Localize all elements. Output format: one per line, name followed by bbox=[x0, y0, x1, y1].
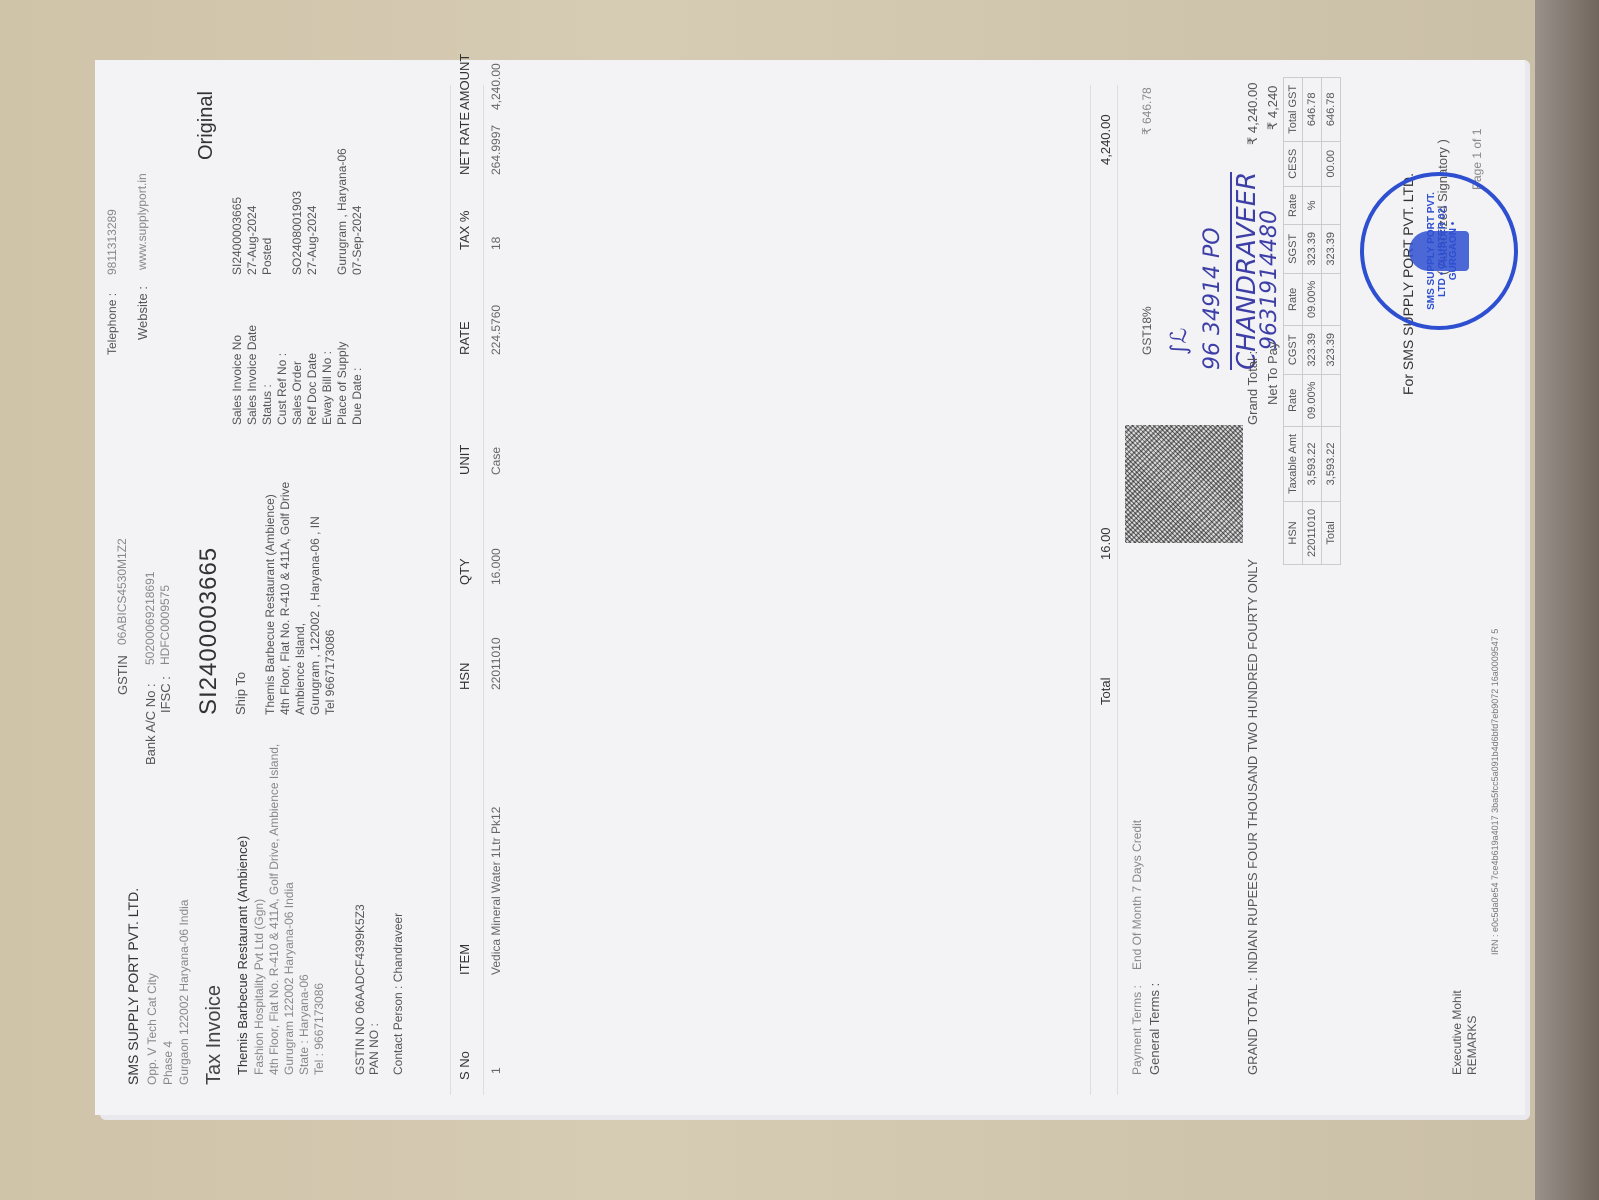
table-cell: Case bbox=[489, 447, 503, 475]
table-cell: 16.000 bbox=[489, 548, 503, 585]
stamp-text: SMS SUPPLY PORT PVT. LTD • CLUSTER 02, G… bbox=[1426, 182, 1459, 320]
column-header: AMOUNT bbox=[457, 54, 472, 110]
general-terms-label: General Terms : bbox=[1147, 983, 1162, 1075]
gst-summary-table: HSNTaxable AmtRateCGSTRateSGSTRateCESSTo… bbox=[1283, 77, 1341, 565]
gst-cell: Total bbox=[1322, 501, 1341, 564]
table-cell: 4,240.00 bbox=[489, 63, 503, 110]
gst-header: SGST bbox=[1284, 225, 1303, 274]
meta-row: Due Date :07-Sep-2024 bbox=[350, 206, 364, 425]
grand-total-value: ₹ 4,240.00 bbox=[1245, 83, 1261, 146]
gst-header: Rate bbox=[1284, 186, 1303, 224]
table-cell: 22011010 bbox=[489, 638, 503, 691]
bill-to-state: State : Haryana-06 bbox=[297, 974, 311, 1075]
meta-row: Cust Ref No : bbox=[275, 275, 289, 425]
bank-value: 50200069218691 bbox=[143, 572, 157, 665]
gst-cell: 323.39 bbox=[1303, 325, 1322, 374]
divider bbox=[1090, 85, 1091, 1095]
ship-to-label: Ship To bbox=[233, 672, 248, 715]
meta-row: Sales OrderSO2408001903 bbox=[290, 191, 304, 425]
telephone-value: 9811313289 bbox=[105, 209, 119, 275]
meta-row: Sales Invoice Date27-Aug-2024 bbox=[245, 206, 259, 425]
bill-to-line: 4th Floor, Flat No. R-410 & 411A, Golf D… bbox=[267, 744, 281, 1075]
column-header: QTY bbox=[457, 558, 472, 585]
payment-terms-value: End Of Month 7 Days Credit bbox=[1130, 820, 1144, 970]
gst-cell: % bbox=[1303, 186, 1322, 224]
gst-amount: ₹ 646.78 bbox=[1140, 87, 1154, 135]
meta-value: 27-Aug-2024 bbox=[245, 206, 259, 275]
gst-cell bbox=[1303, 141, 1322, 186]
meta-value: 07-Sep-2024 bbox=[350, 206, 364, 275]
bill-to-line: Gurugram 122002 Haryana-06 India bbox=[282, 882, 296, 1075]
meta-label: Place of Supply bbox=[335, 275, 349, 425]
divider bbox=[450, 85, 451, 1095]
meta-value: SO2408001903 bbox=[290, 191, 304, 275]
gst-cell bbox=[1322, 186, 1341, 224]
meta-row: Sales Invoice NoSI2400003665 bbox=[230, 197, 244, 425]
column-header: RATE bbox=[457, 321, 472, 355]
supplier-address-2: Phase 4 bbox=[161, 1041, 175, 1085]
gst-cell: 323.39 bbox=[1322, 225, 1341, 274]
gst-header: Total GST bbox=[1284, 77, 1303, 141]
gst-cell: 323.39 bbox=[1303, 225, 1322, 274]
meta-value: 27-Aug-2024 bbox=[305, 206, 319, 275]
handwritten-signature: ∫ℒ bbox=[1167, 328, 1192, 355]
gst-cell: 323.39 bbox=[1322, 325, 1341, 374]
gst-label: GST18% bbox=[1140, 306, 1154, 355]
bill-to-pan: PAN NO : bbox=[367, 1023, 381, 1075]
meta-row: Place of SupplyGurugram , Haryana-06 bbox=[335, 148, 349, 425]
meta-row: Ref Doc Date27-Aug-2024 bbox=[305, 206, 319, 425]
ship-to-tel: Tel 9667173086 bbox=[323, 630, 337, 715]
column-header: HSN bbox=[457, 663, 472, 690]
column-header: UNIT bbox=[457, 445, 472, 475]
bill-to-contact: Contact Person : Chandraveer bbox=[391, 913, 405, 1075]
meta-row: Status :Posted bbox=[260, 238, 274, 425]
meta-value: SI2400003665 bbox=[230, 197, 244, 275]
gst-cell: 3,593.22 bbox=[1303, 426, 1322, 501]
remarks-label: REMARKS bbox=[1465, 1016, 1479, 1075]
gst-header: CESS bbox=[1284, 141, 1303, 186]
gst-header: HSN bbox=[1284, 501, 1303, 564]
qr-code bbox=[1125, 425, 1243, 543]
meta-label: Cust Ref No : bbox=[275, 275, 289, 425]
ship-to-line: Ambience Island, bbox=[293, 623, 307, 715]
total-label: Total bbox=[1098, 678, 1113, 705]
ship-to-name: Themis Barbecue Restaurant (Ambience) bbox=[263, 494, 277, 715]
amount-in-words: GRAND TOTAL : INDIAN RUPEES FOUR THOUSAN… bbox=[1245, 559, 1260, 1075]
gst-header: Rate bbox=[1284, 374, 1303, 426]
ship-to-line: Gurugram , 122002 , Haryana-06 , IN bbox=[308, 516, 322, 715]
net-to-pay-label: Net To Pay bbox=[1265, 342, 1280, 405]
bill-to-line: Fashion Hospitality Pvt Ltd (Ggn) bbox=[252, 899, 266, 1075]
ship-to-line: 4th Floor, Flat No. R-410 & 411A, Golf D… bbox=[278, 482, 292, 715]
meta-label: Ref Doc Date bbox=[305, 275, 319, 425]
website-label: Website : bbox=[135, 286, 150, 340]
bill-to-name: Themis Barbecue Restaurant (Ambience) bbox=[235, 836, 250, 1075]
meta-label: Eway Bill No : bbox=[320, 275, 334, 425]
payment-terms-label: Payment Terms : bbox=[1130, 985, 1144, 1075]
column-header: S No bbox=[457, 1051, 472, 1080]
gstin-value: 06ABICS4530M1Z2 bbox=[115, 538, 129, 645]
gst-row: Total3,593.22323.39323.3900.00646.78 bbox=[1322, 77, 1341, 564]
meta-value: Gurugram , Haryana-06 bbox=[335, 148, 349, 275]
meta-label: Sales Invoice Date bbox=[245, 275, 259, 425]
gst-header: CGST bbox=[1284, 325, 1303, 374]
column-header: ITEM bbox=[457, 944, 472, 975]
supplier-name: SMS SUPPLY PORT PVT. LTD. bbox=[125, 888, 141, 1085]
supplier-address-3: Gurgaon 122002 Haryana-06 India bbox=[177, 900, 191, 1085]
handwritten-number-1: 96 34914 PO bbox=[1200, 227, 1225, 370]
invoice-page: SMS SUPPLY PORT PVT. LTD. Opp. V Tech Ca… bbox=[95, 60, 1525, 1115]
background-edge bbox=[1535, 0, 1599, 1200]
net-to-pay-value: ₹ 4,240 bbox=[1265, 86, 1281, 130]
irn: IRN : e0c5da0e54 7ce4b619a4017 3ba5fcc5a… bbox=[1490, 629, 1500, 955]
copy-type: Original bbox=[195, 91, 218, 160]
gstin-label: GSTIN bbox=[115, 655, 130, 695]
divider bbox=[483, 85, 484, 1095]
bank-label: Bank A/C No : bbox=[143, 683, 158, 765]
gst-header: Taxable Amt bbox=[1284, 426, 1303, 501]
meta-value: Posted bbox=[260, 238, 274, 275]
telephone-label: Telephone : bbox=[105, 293, 119, 355]
table-cell: 1 bbox=[489, 1067, 503, 1074]
ifsc-value: HDFC0009575 bbox=[158, 585, 172, 665]
handwritten-number-2: 9631914480 bbox=[1257, 210, 1282, 350]
divider bbox=[1117, 85, 1118, 1095]
gst-row: 220110103,593.2209.00%323.3909.00%323.39… bbox=[1303, 77, 1322, 564]
bill-to-gstin: GSTIN NO 06AADCF4399K5Z3 bbox=[353, 904, 367, 1075]
meta-label: Status : bbox=[260, 275, 274, 425]
gst-cell: 09.00% bbox=[1303, 374, 1322, 426]
meta-row: Eway Bill No : bbox=[320, 275, 334, 425]
total-amount: 4,240.00 bbox=[1098, 114, 1113, 165]
website-value: www.supplyport.in bbox=[135, 173, 149, 270]
table-cell: Vedica Mineral Water 1Ltr Pk12 bbox=[489, 807, 503, 975]
meta-label: Due Date : bbox=[350, 275, 364, 425]
table-cell: 18 bbox=[489, 237, 503, 250]
meta-label: Sales Order bbox=[290, 275, 304, 425]
gst-cell bbox=[1322, 374, 1341, 426]
gst-cell: 646.78 bbox=[1322, 77, 1341, 141]
gst-cell: 22011010 bbox=[1303, 501, 1322, 564]
meta-label: Sales Invoice No bbox=[230, 275, 244, 425]
column-header: TAX % bbox=[457, 211, 472, 251]
grand-total-label: Grand Total : bbox=[1245, 351, 1260, 425]
total-qty: 16.00 bbox=[1098, 527, 1113, 560]
gst-cell: 3,593.22 bbox=[1322, 426, 1341, 501]
gst-header: Rate bbox=[1284, 273, 1303, 325]
column-header: NET RATE bbox=[457, 112, 472, 175]
items-header: S NoITEMHSNQTYUNITRATETAX %NET RATEAMOUN… bbox=[457, 60, 477, 1115]
invoice-number: SI2400003665 bbox=[195, 547, 223, 715]
table-cell: 264.9997 bbox=[489, 125, 503, 175]
gst-cell: 646.78 bbox=[1303, 77, 1322, 141]
gst-cell bbox=[1322, 273, 1341, 325]
gst-cell: 09.00% bbox=[1303, 273, 1322, 325]
bill-to-tel: Tel : 9667173086 bbox=[312, 983, 326, 1075]
table-cell: 224.5760 bbox=[489, 305, 503, 355]
gst-cell: 00.00 bbox=[1322, 141, 1341, 186]
executive: Executive Mohit bbox=[1450, 990, 1464, 1075]
company-stamp: SMS SUPPLY PORT PVT. LTD • CLUSTER 02, G… bbox=[1360, 172, 1518, 330]
ifsc-label: IFSC : bbox=[158, 676, 173, 713]
supplier-address-1: Opp. V Tech Cat City bbox=[145, 973, 159, 1085]
document-title: Tax Invoice bbox=[203, 985, 226, 1085]
